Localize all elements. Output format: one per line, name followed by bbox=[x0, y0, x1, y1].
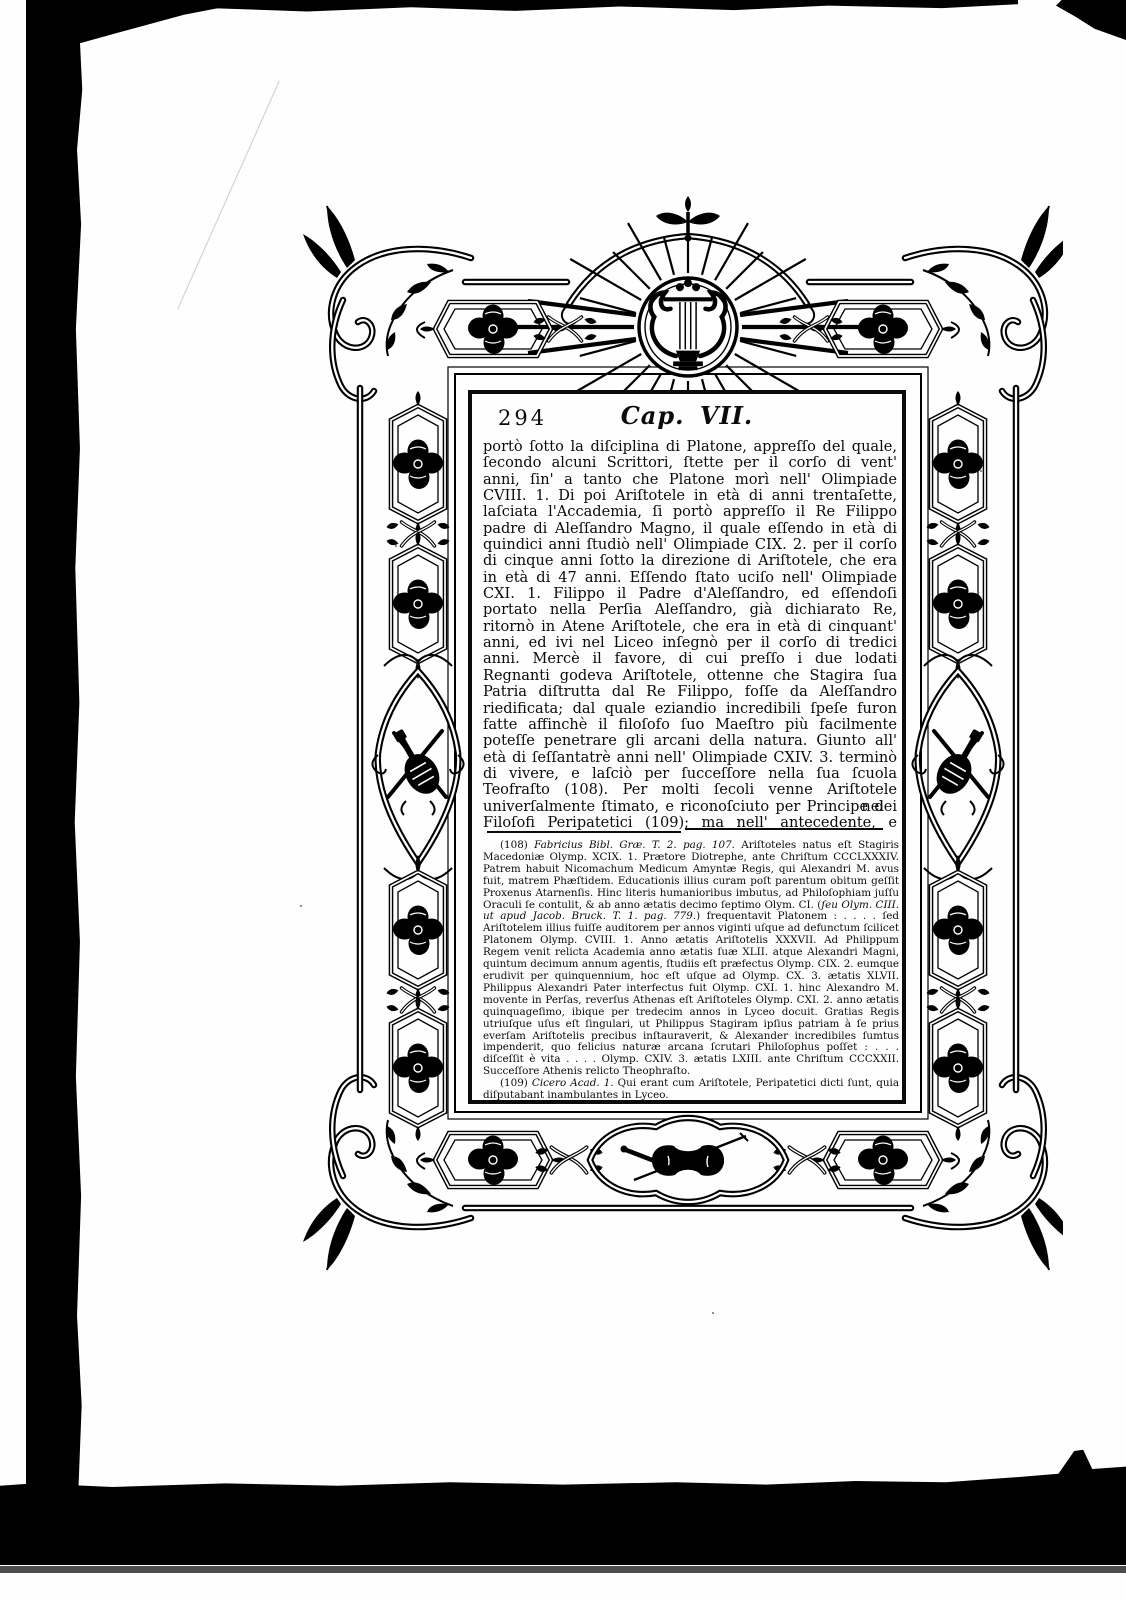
text-block-frame: 294 Cap. VII. portò ſotto la diſciplina … bbox=[468, 390, 906, 1104]
footnote-rule-right bbox=[685, 828, 883, 830]
scanned-book-page: 294 Cap. VII. portò ſotto la diſciplina … bbox=[0, 0, 1126, 1600]
footnote-108: (108) Fabricius Bibl. Græ. T. 2. pag. 10… bbox=[483, 840, 899, 1078]
chapter-heading: Cap. VII. bbox=[472, 401, 902, 430]
scan-top-right-blob bbox=[1056, 0, 1126, 40]
left-border-column bbox=[372, 391, 463, 1141]
body-paragraph: portò ſotto la diſciplina di Platone, ap… bbox=[483, 439, 897, 831]
corner-top-left bbox=[303, 206, 471, 399]
scan-speck bbox=[300, 905, 302, 907]
footnotes-block: (108) Fabricius Bibl. Græ. T. 2. pag. 10… bbox=[483, 840, 899, 1102]
footnote-rule-left bbox=[487, 831, 681, 833]
scan-edge-left-bar bbox=[26, 0, 84, 1495]
footnote-109: (109) Cicero Acad. 1. Qui erant cum Ariſ… bbox=[483, 1078, 899, 1102]
catchword: nel bbox=[861, 798, 884, 815]
scan-speck bbox=[712, 1312, 714, 1314]
scan-bottom-gray-line bbox=[0, 1566, 1126, 1573]
scan-crease-line bbox=[177, 81, 280, 310]
right-border-column bbox=[912, 391, 1003, 1141]
scan-bottom-band bbox=[0, 1445, 1126, 1565]
